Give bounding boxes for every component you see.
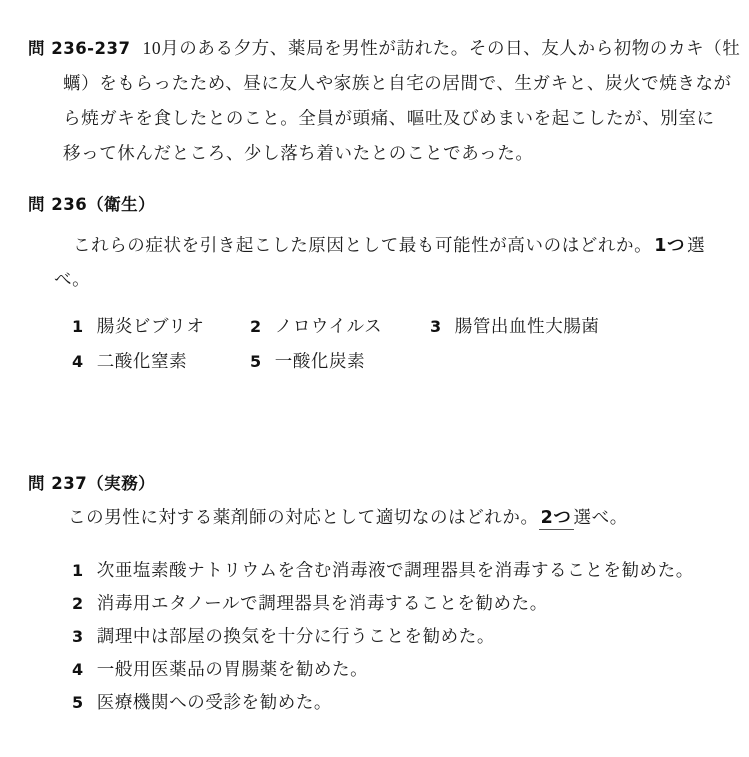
choice-236-5: 5一酸化炭素 <box>250 348 430 373</box>
choice-237-2-text: 消毒用エタノールで調理器具を消毒することを勧めた。 <box>97 593 548 613</box>
choice-236-5-text: 一酸化炭素 <box>275 351 366 371</box>
choice-236-2-text: ノロウイルス <box>275 316 383 336</box>
exam-page: 問 236-23710月のある夕方、薬局を男性が訪れた。その日、友人から初物のカ… <box>0 0 749 757</box>
case-text-line-4: 移って休んだところ、少し落ち着いたとのことであった。 <box>28 136 719 171</box>
choice-237-2: 2消毒用エタノールで調理器具を消毒することを勧めた。 <box>72 587 719 620</box>
case-paragraph-line-1: 問 236-23710月のある夕方、薬局を男性が訪れた。その日、友人から初物のカ… <box>28 31 719 66</box>
question-237-stem-text: この男性に対する薬剤師の対応として適切なのはどれか。 <box>68 507 539 527</box>
case-paragraph: 問 236-23710月のある夕方、薬局を男性が訪れた。その日、友人から初物のカ… <box>28 31 719 171</box>
choice-237-5-text: 医療機関への受診を勧めた。 <box>97 692 332 712</box>
choice-237-3: 3調理中は部屋の換気を十分に行うことを勧めた。 <box>72 620 719 653</box>
choice-236-4: 4二酸化窒素 <box>72 348 250 373</box>
choice-236-3-number: 3 <box>430 317 442 336</box>
choice-237-1-number: 1 <box>72 554 84 587</box>
question-237-block: 問 237（実務） この男性に対する薬剤師の対応として適切なのはどれか。2つ選べ… <box>28 470 719 719</box>
choice-236-4-number: 4 <box>72 352 84 371</box>
choice-237-4: 4一般用医薬品の胃腸薬を勧めた。 <box>72 653 719 686</box>
case-text-line-3: ら焼ガキを食したとのこと。全員が頭痛、嘔吐及びめまいを起こしたが、別室に <box>28 101 719 136</box>
choice-237-5-number: 5 <box>72 686 84 719</box>
choice-237-4-number: 4 <box>72 653 84 686</box>
question-236-select-count: 1つ <box>652 236 687 256</box>
question-236-stem-tail: 選 <box>687 235 705 255</box>
question-236-stem: これらの症状を引き起こした原因として最も可能性が高いのはどれか。1つ選 べ。 <box>28 229 719 296</box>
question-237-stem-tail: 選べ。 <box>574 507 628 527</box>
question-237-select-count: 2つ <box>539 508 574 530</box>
choice-237-3-number: 3 <box>72 620 84 653</box>
case-text-line-1: 10月のある夕方、薬局を男性が訪れた。その日、友人から初物のカキ（牡 <box>142 38 740 58</box>
case-text-line-2: 蠣）をもらったため、昼に友人や家族と自宅の居間で、生ガキと、炭火で焼きなが <box>28 66 719 101</box>
question-236-stem-line-1: これらの症状を引き起こした原因として最も可能性が高いのはどれか。1つ選 <box>28 229 719 263</box>
choice-237-1-text: 次亜塩素酸ナトリウムを含む消毒液で調理器具を消毒することを勧めた。 <box>97 560 694 580</box>
choice-236-1: 1腸炎ビブリオ <box>72 313 250 338</box>
choice-237-3-text: 調理中は部屋の換気を十分に行うことを勧めた。 <box>97 626 495 646</box>
question-236-block: 問 236（衛生） これらの症状を引き起こした原因として最も可能性が高いのはどれ… <box>28 191 719 378</box>
choice-236-3-text: 腸管出血性大腸菌 <box>455 316 600 336</box>
choice-237-2-number: 2 <box>72 587 84 620</box>
case-question-number-label: 問 236-237 <box>28 39 130 58</box>
choice-236-2: 2ノロウイルス <box>250 313 430 338</box>
question-236-heading: 問 236（衛生） <box>28 191 719 219</box>
question-236-stem-text: これらの症状を引き起こした原因として最も可能性が高いのはどれか。 <box>73 235 652 255</box>
choice-236-5-number: 5 <box>250 352 262 371</box>
choice-237-4-text: 一般用医薬品の胃腸薬を勧めた。 <box>97 659 369 679</box>
question-237-heading: 問 237（実務） <box>28 470 719 498</box>
question-236-stem-line-2: べ。 <box>28 263 719 296</box>
choice-237-5: 5医療機関への受診を勧めた。 <box>72 686 719 719</box>
choice-237-1: 1次亜塩素酸ナトリウムを含む消毒液で調理器具を消毒することを勧めた。 <box>72 554 719 587</box>
choice-236-4-text: 二酸化窒素 <box>97 351 188 371</box>
choice-236-1-text: 腸炎ビブリオ <box>97 316 205 336</box>
question-236-choices: 1腸炎ビブリオ 2ノロウイルス 3腸管出血性大腸菌 4二酸化窒素 5一酸化炭素 <box>28 308 719 378</box>
choice-236-2-number: 2 <box>250 317 262 336</box>
question-237-stem: この男性に対する薬剤師の対応として適切なのはどれか。2つ選べ。 <box>28 501 719 535</box>
question-237-choices: 1次亜塩素酸ナトリウムを含む消毒液で調理器具を消毒することを勧めた。 2消毒用エ… <box>28 554 719 719</box>
choice-236-3: 3腸管出血性大腸菌 <box>430 313 719 338</box>
choice-236-1-number: 1 <box>72 317 84 336</box>
